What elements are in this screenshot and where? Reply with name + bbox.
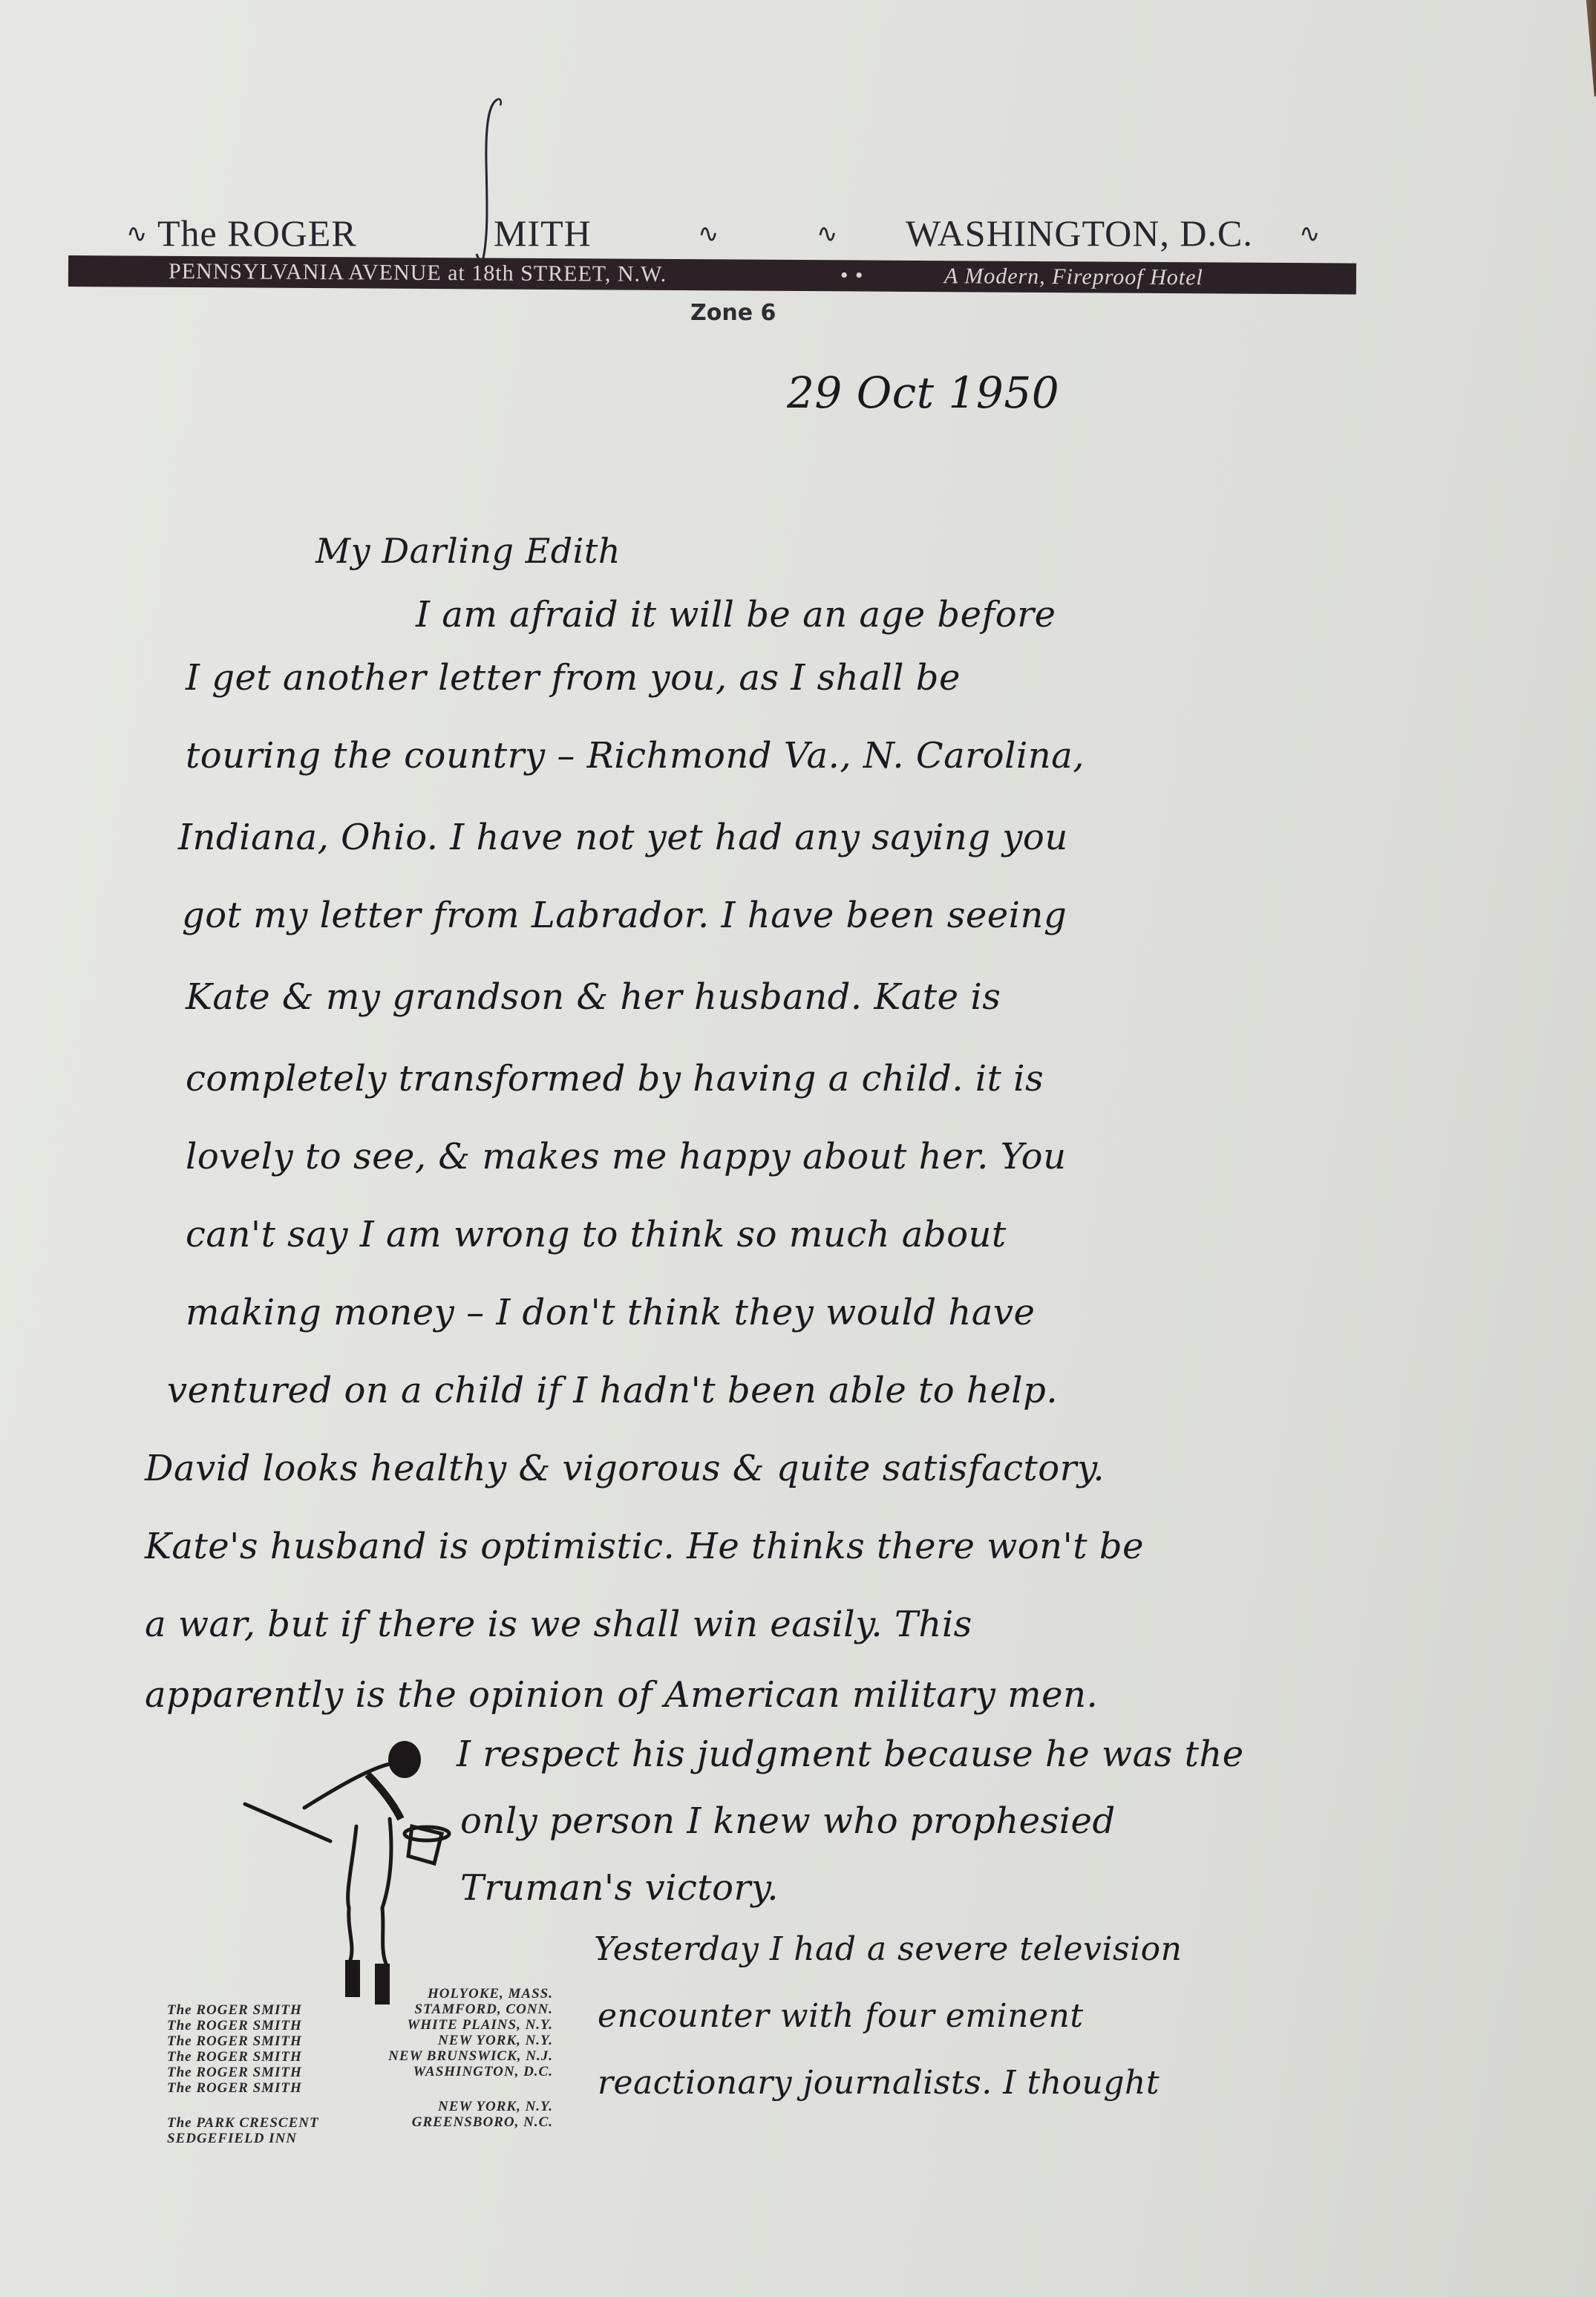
hotel-city: WASHINGTON, D.C. — [388, 2064, 553, 2079]
ornament-icon: ∿ — [126, 219, 148, 249]
banner-tagline: A Modern, Fireproof Hotel — [944, 264, 1203, 290]
hotel-name: The PARK CRESCENT — [167, 2115, 319, 2131]
hotel-city: WHITE PLAINS, N.Y. — [388, 2017, 553, 2033]
letter-line: making money – I don't think they would … — [186, 1292, 1035, 1333]
letter-line: only person I knew who prophesied — [460, 1800, 1116, 1842]
hotel-cities-column: HOLYOKE, MASS. STAMFORD, CONN. WHITE PLA… — [388, 1986, 553, 2130]
ornament-icon: ∿ — [1299, 219, 1321, 249]
banner-address: PENNSYLVANIA AVENUE at 18th STREET, N.W. — [169, 259, 667, 287]
ornament-icon: ∿ — [698, 219, 720, 249]
letter-page: ∿ The ROGER MITH ∿ ∿ WASHINGTON, D.C. ∿ … — [0, 0, 1596, 2297]
hotel-name: SEDGEFIELD INN — [167, 2131, 319, 2146]
hotel-city: GREENSBORO, N.C. — [388, 2114, 553, 2130]
letter-line: David looks healthy & vigorous & quite s… — [145, 1448, 1105, 1489]
hotel-city: NEW YORK, N.Y. — [388, 2099, 553, 2114]
letter-line: Yesterday I had a severe television — [594, 1930, 1182, 1968]
letter-line: got my letter from Labrador. I have been… — [182, 895, 1067, 936]
letterhead-banner: PENNSYLVANIA AVENUE at 18th STREET, N.W.… — [68, 255, 1356, 295]
letter-line: I am afraid it will be an age before — [416, 594, 1056, 635]
hotel-city: STAMFORD, CONN. — [388, 2002, 553, 2017]
letter-line: I respect his judgment because he was th… — [457, 1734, 1244, 1775]
letterhead-title-row: ∿ The ROGER MITH ∿ ∿ WASHINGTON, D.C. ∿ — [126, 212, 1336, 256]
letter-line: I get another letter from you, as I shal… — [186, 657, 961, 699]
zone-label: Zone 6 — [690, 300, 776, 326]
hotel-name: The ROGER SMITH — [167, 2080, 319, 2096]
letter-line: can't say I am wrong to think so much ab… — [186, 1214, 1007, 1255]
letter-date: 29 Oct 1950 — [787, 367, 1059, 418]
hotel-city: WASHINGTON, D.C. — [906, 212, 1253, 255]
letter-line: touring the country – Richmond Va., N. C… — [186, 735, 1085, 777]
hotel-city: HOLYOKE, MASS. — [388, 1986, 553, 2002]
hotel-name: The ROGER SMITH — [167, 2018, 319, 2033]
letter-line: Kate's husband is optimistic. He thinks … — [145, 1526, 1144, 1567]
letter-line: a war, but if there is we shall win easi… — [145, 1604, 972, 1645]
banner-bullets-icon: • • — [840, 263, 864, 288]
hotel-city: NEW YORK, N.Y. — [388, 2033, 553, 2048]
letter-line: Truman's victory. — [460, 1867, 779, 1909]
gentleman-with-top-hat-illustration-icon — [223, 1737, 475, 2012]
letter-line: reactionary journalists. I thought — [598, 2064, 1160, 2102]
letter-line: completely transformed by having a child… — [186, 1058, 1044, 1100]
page-edge-shadow — [1580, 0, 1596, 97]
letter-line: encounter with four eminent — [598, 1997, 1084, 2035]
hotel-name-left: The ROGER — [157, 212, 357, 255]
hotel-name-right: MITH — [494, 212, 592, 255]
hotel-names-column: The ROGER SMITH The ROGER SMITH The ROGE… — [167, 2002, 319, 2146]
letter-line: lovely to see, & makes me happy about he… — [186, 1136, 1066, 1177]
letter-line: Kate & my grandson & her husband. Kate i… — [186, 976, 1001, 1018]
ornament-icon: ∿ — [817, 219, 839, 249]
letter-line: Indiana, Ohio. I have not yet had any sa… — [178, 817, 1068, 858]
letter-line: ventured on a child if I hadn't been abl… — [167, 1370, 1058, 1411]
hotel-name: The ROGER SMITH — [167, 2033, 319, 2049]
hotel-city: NEW BRUNSWICK, N.J. — [388, 2048, 553, 2064]
hotel-name: The ROGER SMITH — [167, 2065, 319, 2080]
letter-line: apparently is the opinion of American mi… — [145, 1674, 1098, 1716]
hotel-name: The ROGER SMITH — [167, 2049, 319, 2065]
letter-salutation: My Darling Edith — [315, 531, 621, 571]
hotel-name: The ROGER SMITH — [167, 2002, 319, 2018]
